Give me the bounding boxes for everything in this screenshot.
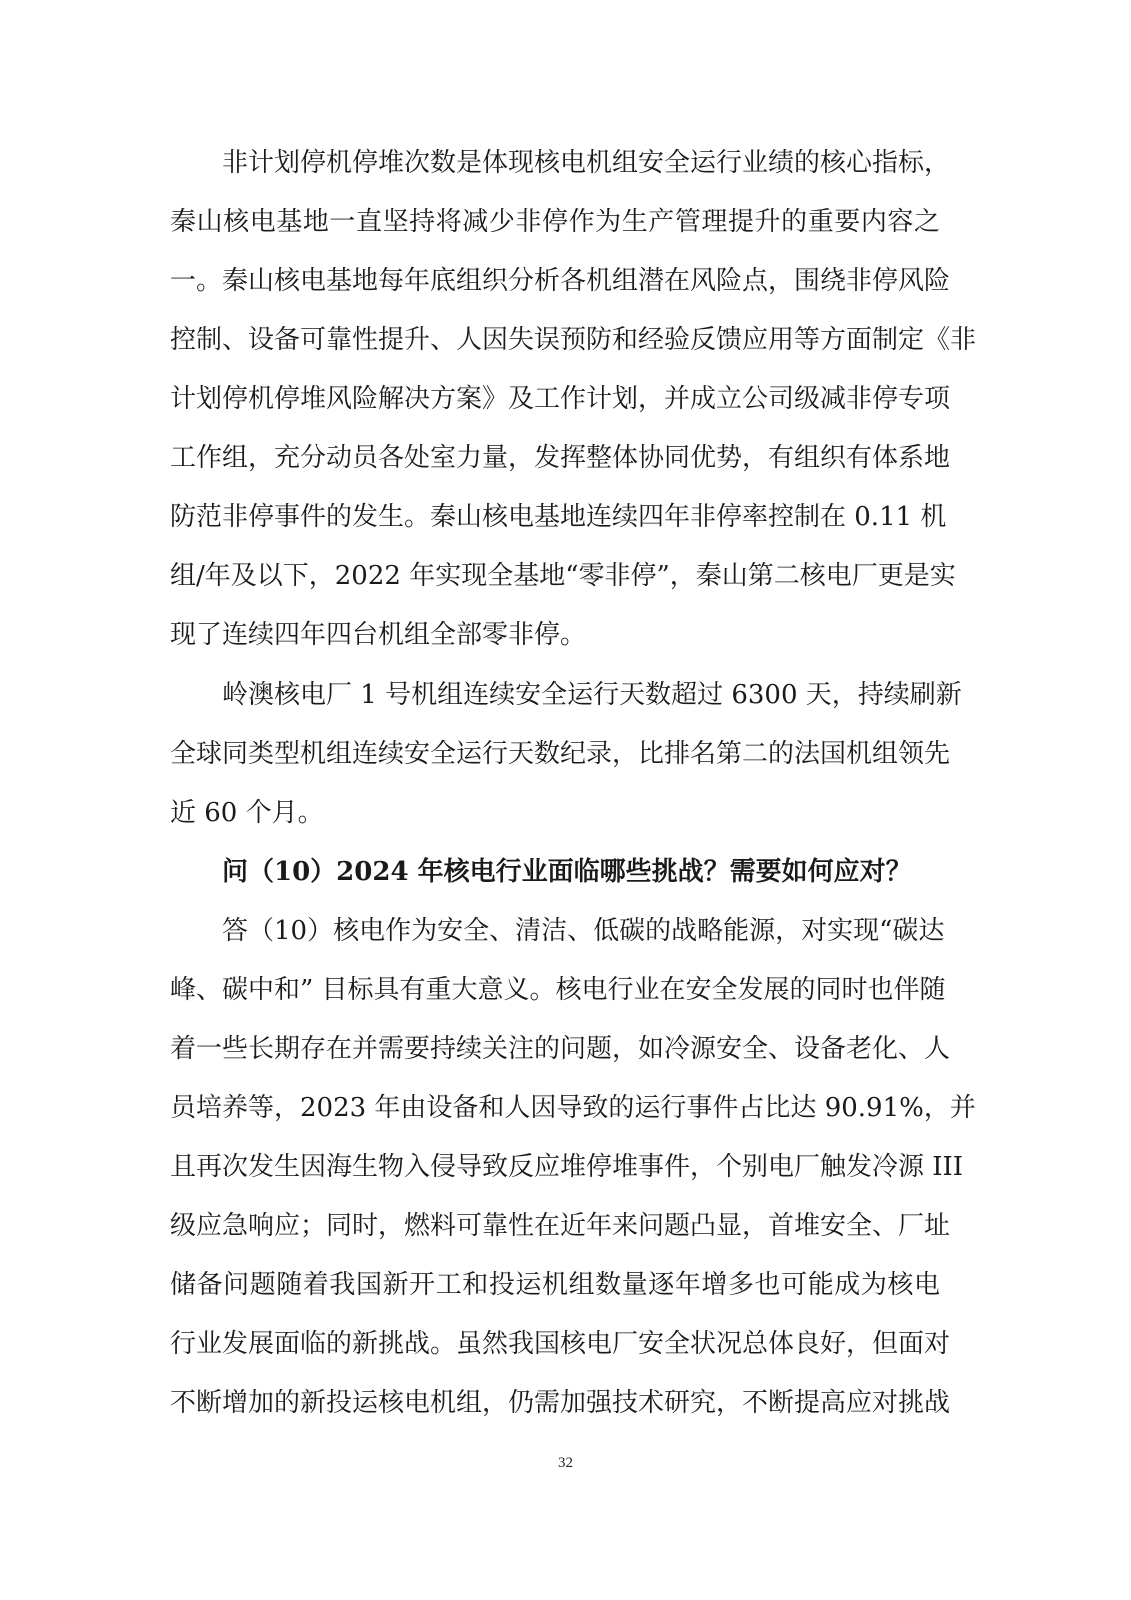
paragraph-1-line-8: 组/年及以下，2022 年实现全基地“零非停”，秦山第二核电厂更是实 [170,556,940,596]
paragraph-2-line-3: 近 60 个月。 [170,793,940,833]
answer-line-9: 不断增加的新投运核电机组，仍需加强技术研究，不断提高应对挑战 [170,1383,940,1423]
paragraph-1-line-5: 计划停机停堆风险解决方案》及工作计划，并成立公司级减非停专项 [170,379,940,419]
answer-line-4: 员培养等，2023 年由设备和人因导致的运行事件占比达 90.91%，并 [170,1088,940,1128]
paragraph-1-line-3: 一。秦山核电基地每年底组织分析各机组潜在风险点，围绕非停风险 [170,261,940,301]
answer-line-3: 着一些长期存在并需要持续关注的问题，如冷源安全、设备老化、人 [170,1029,940,1069]
paragraph-1-line-4: 控制、设备可靠性提升、人因失误预防和经验反馈应用等方面制定《非 [170,320,940,360]
paragraph-2-line-1: 岭澳核电厂 1 号机组连续安全运行天数超过 6300 天，持续刷新 [222,675,940,715]
answer-line-1: 答（10）核电作为安全、清洁、低碳的战略能源，对实现“碳达 [222,911,940,951]
answer-line-2: 峰、碳中和” 目标具有重大意义。核电行业在安全发展的同时也伴随 [170,970,940,1010]
question-heading: 问（10）2024 年核电行业面临哪些挑战？需要如何应对？ [222,852,940,892]
paragraph-1-line-9: 现了连续四年四台机组全部零非停。 [170,615,940,655]
paragraph-1-line-6: 工作组，充分动员各处室力量，发挥整体协同优势，有组织有体系地 [170,438,940,478]
paragraph-2-line-2: 全球同类型机组连续安全运行天数纪录，比排名第二的法国机组领先 [170,734,940,774]
answer-line-5: 且再次发生因海生物入侵导致反应堆停堆事件，个别电厂触发冷源 III [170,1147,940,1187]
document-page: 非计划停机停堆次数是体现核电机组安全运行业绩的核心指标， 秦山核电基地一直坚持将… [0,0,1131,1600]
paragraph-1-line-2: 秦山核电基地一直坚持将减少非停作为生产管理提升的重要内容之 [170,202,940,242]
page-number: 32 [0,1455,1131,1472]
paragraph-1-line-7: 防范非停事件的发生。秦山核电基地连续四年非停率控制在 0.11 机 [170,497,940,537]
answer-line-7: 储备问题随着我国新开工和投运机组数量逐年增多也可能成为核电 [170,1265,940,1305]
answer-line-6: 级应急响应；同时，燃料可靠性在近年来问题凸显，首堆安全、厂址 [170,1206,940,1246]
paragraph-1-line-1: 非计划停机停堆次数是体现核电机组安全运行业绩的核心指标， [222,143,940,183]
answer-line-8: 行业发展面临的新挑战。虽然我国核电厂安全状况总体良好，但面对 [170,1324,940,1364]
